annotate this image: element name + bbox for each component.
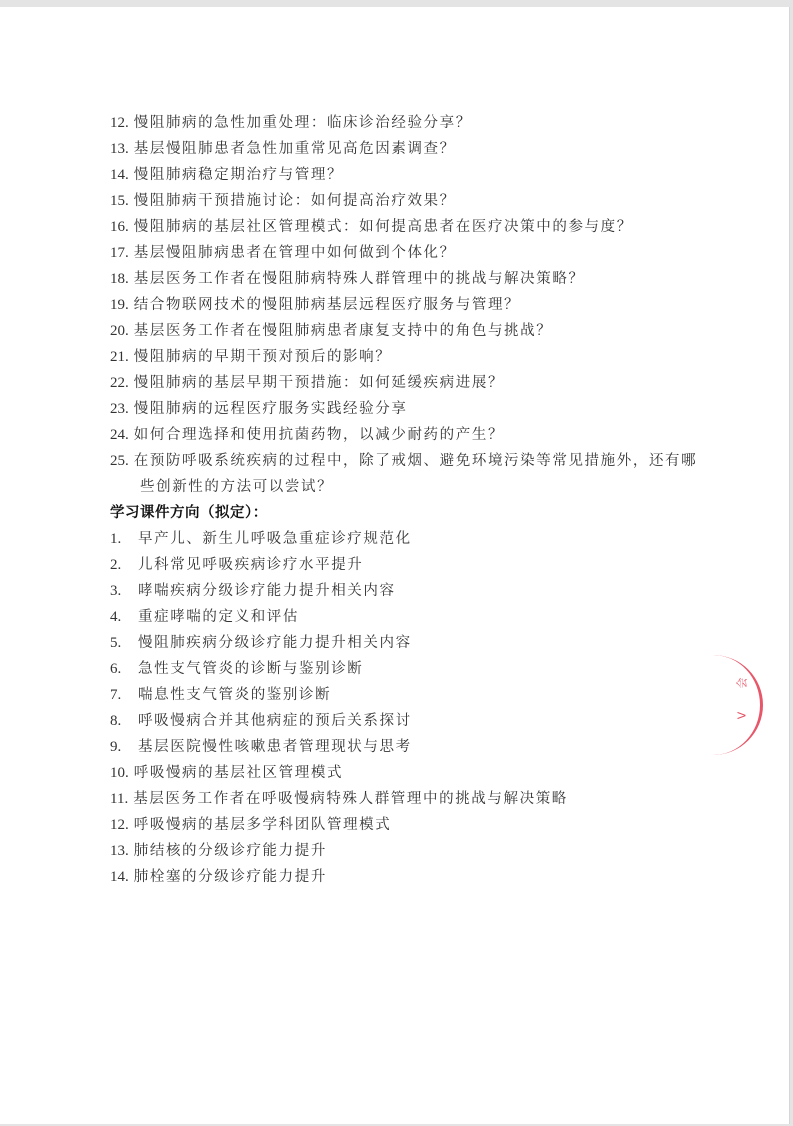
question-item-14: 14. 慢阻肺病稳定期治疗与管理？: [110, 162, 750, 188]
question-item-17: 17. 基层慢阻肺病患者在管理中如何做到个体化？: [110, 240, 750, 266]
item-text: 重症哮喘的定义和评估: [138, 604, 299, 630]
item-text: 如何合理选择和使用抗菌药物，以减少耐药的产生？: [134, 422, 504, 448]
item-text: 慢阻肺疾病分级诊疗能力提升相关内容: [138, 630, 412, 656]
item-text: 慢阻肺病的远程医疗服务实践经验分享: [134, 396, 408, 422]
stamp-ring: [710, 655, 763, 755]
item-number: 12.: [110, 812, 129, 838]
question-item-19: 19. 结合物联网技术的慢阻肺病基层远程医疗服务与管理？: [110, 292, 750, 318]
courseware-item-2: 2. 儿科常见呼吸疾病诊疗水平提升: [110, 552, 750, 578]
courseware-item-9: 9. 基层医院慢性咳嗽患者管理现状与思考: [110, 734, 750, 760]
courseware-item-5: 5. 慢阻肺疾病分级诊疗能力提升相关内容: [110, 630, 750, 656]
item-number: 8.: [110, 708, 138, 734]
item-text: 慢阻肺病的急性加重处理：临床诊治经验分享？: [134, 110, 472, 136]
courseware-section-heading: 学习课件方向（拟定）：: [110, 500, 750, 526]
item-text: 肺栓塞的分级诊疗能力提升: [134, 864, 327, 890]
courseware-item-3: 3. 哮喘疾病分级诊疗能力提升相关内容: [110, 578, 750, 604]
item-number: 24.: [110, 422, 129, 448]
item-text: 慢阻肺病稳定期治疗与管理？: [134, 162, 343, 188]
question-item-24: 24. 如何合理选择和使用抗菌药物，以减少耐药的产生？: [110, 422, 750, 448]
item-text: 结合物联网技术的慢阻肺病基层远程医疗服务与管理？: [134, 292, 520, 318]
item-text: 慢阻肺病的基层社区管理模式：如何提高患者在医疗决策中的参与度？: [134, 214, 633, 240]
item-number: 19.: [110, 292, 129, 318]
item-text: 慢阻肺病的基层早期干预措施：如何延缓疾病进展？: [134, 370, 504, 396]
item-number: 17.: [110, 240, 129, 266]
question-item-20: 20. 基层医务工作者在慢阻肺病患者康复支持中的角色与挑战？: [110, 318, 750, 344]
question-item-23: 23. 慢阻肺病的远程医疗服务实践经验分享: [110, 396, 750, 422]
courseware-item-1: 1. 早产儿、新生儿呼吸急重症诊疗规范化: [110, 526, 750, 552]
item-text: 肺结核的分级诊疗能力提升: [134, 838, 327, 864]
item-text: 呼吸慢病的基层多学科团队管理模式: [134, 812, 392, 838]
question-item-12: 12. 慢阻肺病的急性加重处理：临床诊治经验分享？: [110, 110, 750, 136]
courseware-item-11: 11. 基层医务工作者在呼吸慢病特殊人群管理中的挑战与解决策略: [110, 786, 750, 812]
item-number: 18.: [110, 266, 129, 292]
courseware-item-14: 14. 肺栓塞的分级诊疗能力提升: [110, 864, 750, 890]
item-number: 12.: [110, 110, 129, 136]
item-number: 7.: [110, 682, 138, 708]
item-number: 3.: [110, 578, 138, 604]
item-text: 呼吸慢病合并其他病症的预后关系探讨: [138, 708, 412, 734]
item-text: 慢阻肺病干预措施讨论：如何提高治疗效果？: [134, 188, 456, 214]
question-item-16: 16. 慢阻肺病的基层社区管理模式：如何提高患者在医疗决策中的参与度？: [110, 214, 750, 240]
stamp-char: V: [735, 712, 748, 720]
item-text: 基层医务工作者在呼吸慢病特殊人群管理中的挑战与解决策略: [133, 786, 568, 812]
item-number: 21.: [110, 344, 129, 370]
item-text: 哮喘疾病分级诊疗能力提升相关内容: [138, 578, 396, 604]
question-item-21: 21. 慢阻肺病的早期干预对预后的影响？: [110, 344, 750, 370]
courseware-item-6: 6. 急性支气管炎的诊断与鉴别诊断: [110, 656, 750, 682]
item-text: 在预防呼吸系统疾病的过程中，除了戒烟、避免环境污染等常见措施外，还有哪: [134, 448, 698, 474]
partial-red-seal-stamp: 会 V: [710, 647, 790, 767]
item-text: 基层医院慢性咳嗽患者管理现状与思考: [138, 734, 412, 760]
item-text: 基层医务工作者在慢阻肺病特殊人群管理中的挑战与解决策略？: [134, 266, 585, 292]
item-number: 10.: [110, 760, 129, 786]
courseware-item-10: 10. 呼吸慢病的基层社区管理模式: [110, 760, 750, 786]
item-text: 喘息性支气管炎的鉴别诊断: [138, 682, 331, 708]
item-number: 23.: [110, 396, 129, 422]
item-text: 急性支气管炎的诊断与鉴别诊断: [138, 656, 363, 682]
item-number: 16.: [110, 214, 129, 240]
question-item-15: 15. 慢阻肺病干预措施讨论：如何提高治疗效果？: [110, 188, 750, 214]
item-number: 4.: [110, 604, 138, 630]
question-list: 12. 慢阻肺病的急性加重处理：临床诊治经验分享？ 13. 基层慢阻肺患者急性加…: [110, 110, 750, 500]
item-number: 5.: [110, 630, 138, 656]
item-text: 基层慢阻肺病患者在管理中如何做到个体化？: [134, 240, 456, 266]
stamp-char: 会: [734, 678, 750, 689]
item-text: 慢阻肺病的早期干预对预后的影响？: [134, 344, 392, 370]
item-number: 2.: [110, 552, 138, 578]
courseware-list: 1. 早产儿、新生儿呼吸急重症诊疗规范化 2. 儿科常见呼吸疾病诊疗水平提升 3…: [110, 526, 750, 890]
item-text: 呼吸慢病的基层社区管理模式: [134, 760, 343, 786]
item-number: 22.: [110, 370, 129, 396]
item-number: 25.: [110, 448, 129, 474]
item-text: 基层慢阻肺患者急性加重常见高危因素调查？: [134, 136, 456, 162]
courseware-item-8: 8. 呼吸慢病合并其他病症的预后关系探讨: [110, 708, 750, 734]
item-text: 早产儿、新生儿呼吸急重症诊疗规范化: [138, 526, 412, 552]
item-number: 13.: [110, 838, 129, 864]
item-text: 儿科常见呼吸疾病诊疗水平提升: [138, 552, 363, 578]
question-item-25: 25. 在预防呼吸系统疾病的过程中，除了戒烟、避免环境污染等常见措施外，还有哪: [110, 448, 750, 474]
item-number: 9.: [110, 734, 138, 760]
question-item-13: 13. 基层慢阻肺患者急性加重常见高危因素调查？: [110, 136, 750, 162]
courseware-item-12: 12. 呼吸慢病的基层多学科团队管理模式: [110, 812, 750, 838]
item-text: 基层医务工作者在慢阻肺病患者康复支持中的角色与挑战？: [134, 318, 553, 344]
question-item-25-continuation: 些创新性的方法可以尝试？: [110, 474, 750, 500]
courseware-item-13: 13. 肺结核的分级诊疗能力提升: [110, 838, 750, 864]
item-number: 14.: [110, 162, 129, 188]
item-number: 20.: [110, 318, 129, 344]
question-item-22: 22. 慢阻肺病的基层早期干预措施：如何延缓疾病进展？: [110, 370, 750, 396]
item-number: 1.: [110, 526, 138, 552]
courseware-item-7: 7. 喘息性支气管炎的鉴别诊断: [110, 682, 750, 708]
item-number: 11.: [110, 786, 128, 812]
item-number: 15.: [110, 188, 129, 214]
item-text-continuation: 些创新性的方法可以尝试？: [140, 474, 333, 500]
document-content: 12. 慢阻肺病的急性加重处理：临床诊治经验分享？ 13. 基层慢阻肺患者急性加…: [110, 110, 750, 890]
item-number: 6.: [110, 656, 138, 682]
document-page: 12. 慢阻肺病的急性加重处理：临床诊治经验分享？ 13. 基层慢阻肺患者急性加…: [0, 7, 790, 1124]
question-item-18: 18. 基层医务工作者在慢阻肺病特殊人群管理中的挑战与解决策略？: [110, 266, 750, 292]
item-number: 13.: [110, 136, 129, 162]
courseware-item-4: 4. 重症哮喘的定义和评估: [110, 604, 750, 630]
item-number: 14.: [110, 864, 129, 890]
